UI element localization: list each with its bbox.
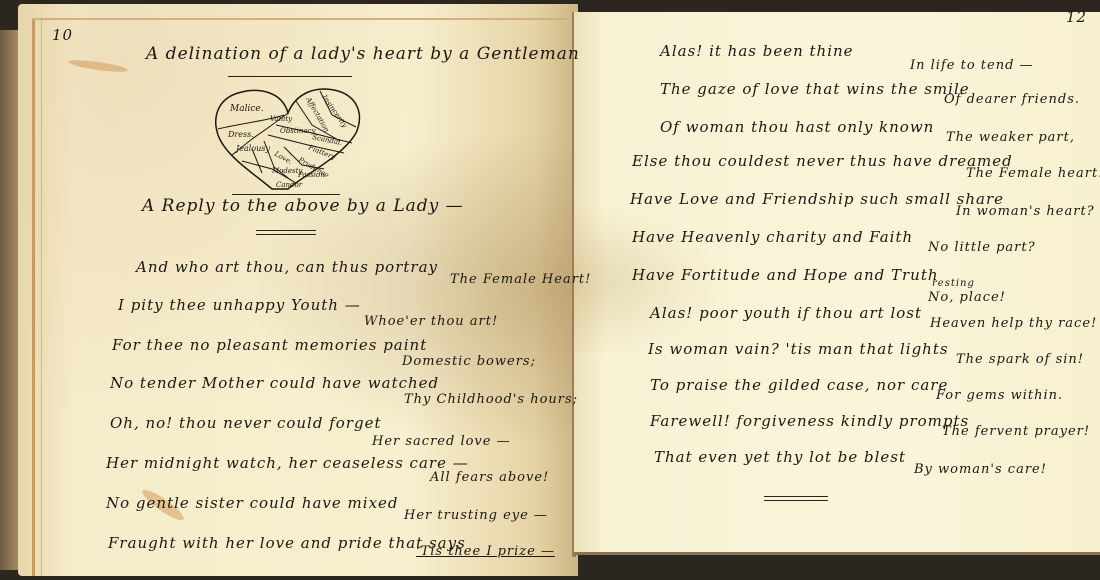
right-page-number: 12 (1066, 8, 1087, 26)
svg-text:Candor: Candor (276, 181, 303, 189)
svg-text:Malice.: Malice. (229, 104, 264, 114)
svg-text:Love.: Love. (272, 149, 293, 166)
verse-response: All fears above! (430, 470, 549, 485)
verse-line: The gaze of love that wins the smile (660, 80, 970, 98)
verse-response: No, place! (928, 290, 1006, 305)
verse-response: For gems within. (936, 388, 1063, 403)
verse-response: The weaker part, (946, 130, 1075, 145)
left-page-title: A delination of a lady's heart by a Gent… (146, 44, 580, 64)
left-page-margin-rule (32, 18, 42, 576)
left-page-top-rule (32, 18, 568, 23)
verse-line: Have Fortitude and Hope and Truth (632, 266, 939, 284)
verse-response: 'Tis thee I prize — (416, 544, 555, 559)
svg-text:Vanity: Vanity (270, 115, 293, 123)
verse-line: Alas! it has been thine (660, 42, 854, 60)
verse-line: Have Love and Friendship such small shar… (630, 190, 1004, 208)
svg-text:Flattery: Flattery (306, 143, 337, 162)
verse-line: To praise the gilded case, nor care (650, 376, 948, 394)
verse-response: Her trusting eye — (404, 508, 548, 523)
heart-diagram: Malice. Insincerity Affectation Vanity D… (212, 85, 364, 191)
verse-response: No little part? (928, 240, 1036, 255)
open-manuscript-book: 10 A delination of a lady's heart by a G… (0, 0, 1100, 580)
heart-underline (232, 194, 340, 195)
verse-response: The fervent prayer! (942, 424, 1090, 439)
verse-line: That even yet thy lot be blest (654, 448, 906, 466)
verse-response: By woman's care! (914, 462, 1047, 477)
verse-line: Farewell! forgiveness kindly prompts (650, 412, 969, 430)
subtitle-double-underline (256, 230, 316, 235)
verse-line: Else thou couldest never thus have dream… (632, 152, 1013, 170)
heart-drawing: Malice. Insincerity Affectation Vanity D… (212, 85, 364, 191)
verse-line: I pity thee unhappy Youth — (118, 296, 361, 314)
verse-line: Is woman vain? 'tis man that lights (648, 340, 949, 358)
svg-text:Obstinacy: Obstinacy (280, 127, 316, 135)
verse-response: In woman's heart? (956, 204, 1095, 219)
verse-line: No tender Mother could have watched (110, 374, 439, 392)
closing-rule (764, 496, 828, 501)
svg-text:Passion: Passion (297, 171, 325, 179)
verse-line: Of woman thou hast only known (660, 118, 934, 136)
verse-response: Of dearer friends. (944, 92, 1080, 107)
verse-response: Whoe'er thou art! (364, 314, 498, 329)
verse-response: In life to tend — (910, 58, 1034, 73)
verse-line: Oh, no! thou never could forget (110, 414, 381, 432)
verse-response: Thy Childhood's hours; (404, 392, 578, 407)
foxing-stain (68, 58, 129, 74)
left-page-number: 10 (52, 26, 73, 44)
verse-line: Have Heavenly charity and Faith (632, 228, 913, 246)
svg-text:Jealousy: Jealousy (234, 144, 270, 153)
title-underline (228, 76, 352, 77)
verse-response: Her sacred love — (372, 434, 511, 449)
verse-response: Heaven help thy race! (930, 316, 1097, 331)
verse-insert: resting (932, 278, 975, 289)
verse-line: Fraught with her love and pride that say… (108, 534, 466, 552)
verse-line: Her midnight watch, her ceaseless care — (106, 454, 469, 472)
verse-response: Domestic bowers; (402, 354, 536, 369)
verse-line: For thee no pleasant memories paint (112, 336, 427, 354)
verse-response: The Female heart. (966, 166, 1100, 181)
verse-response: The spark of sin! (956, 352, 1084, 367)
verse-response: The Female Heart! (450, 272, 591, 287)
verse-line: No gentle sister could have mixed (106, 494, 399, 512)
left-page-subtitle: A Reply to the above by a Lady — (142, 196, 464, 216)
verse-line: Alas! poor youth if thou art lost (650, 304, 922, 322)
svg-text:Dress.: Dress. (227, 130, 254, 139)
verse-line: And who art thou, can thus portray (136, 258, 438, 276)
